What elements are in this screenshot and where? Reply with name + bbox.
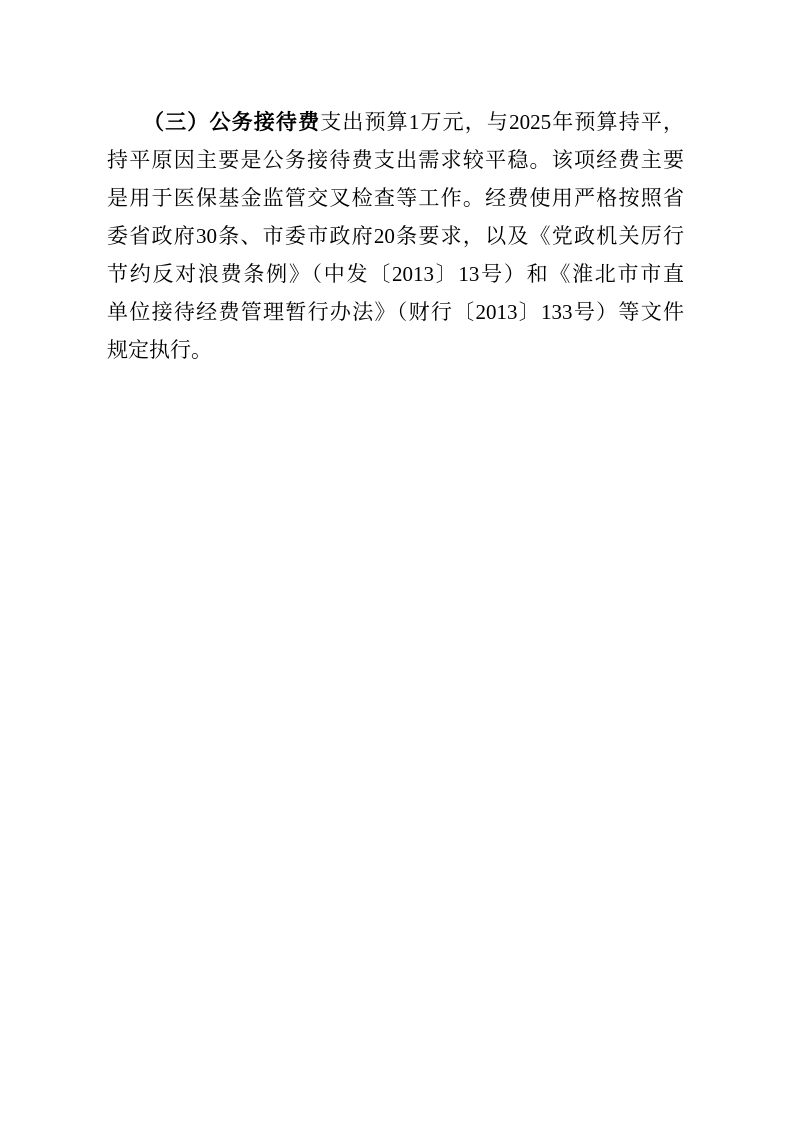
paragraph-line-7: 规定执行。 — [107, 331, 684, 369]
paragraph-line-2: 持平原因主要是公务接待费支出需求较平稳。该项经费主要 — [107, 141, 684, 179]
paragraph-line-1: （三）公务接待费支出预算1万元，与2025年预算持平， — [107, 103, 684, 141]
budget-paragraph: （三）公务接待费支出预算1万元，与2025年预算持平， 持平原因主要是公务接待费… — [107, 103, 684, 369]
document-page: （三）公务接待费支出预算1万元，与2025年预算持平， 持平原因主要是公务接待费… — [0, 0, 793, 1122]
section-heading-bold: （三）公务接待费 — [143, 110, 320, 134]
paragraph-line-4: 委省政府30条、市委市政府20条要求，以及《党政机关厉行 — [107, 217, 684, 255]
paragraph-line-5: 节约反对浪费条例》（中发〔2013〕13号）和《淮北市市直 — [107, 255, 684, 293]
paragraph-line-1-text: 支出预算1万元，与2025年预算持平， — [320, 110, 684, 134]
paragraph-line-6: 单位接待经费管理暂行办法》（财行〔2013〕133号）等文件 — [107, 293, 684, 331]
paragraph-line-3: 是用于医保基金监管交叉检查等工作。经费使用严格按照省 — [107, 179, 684, 217]
